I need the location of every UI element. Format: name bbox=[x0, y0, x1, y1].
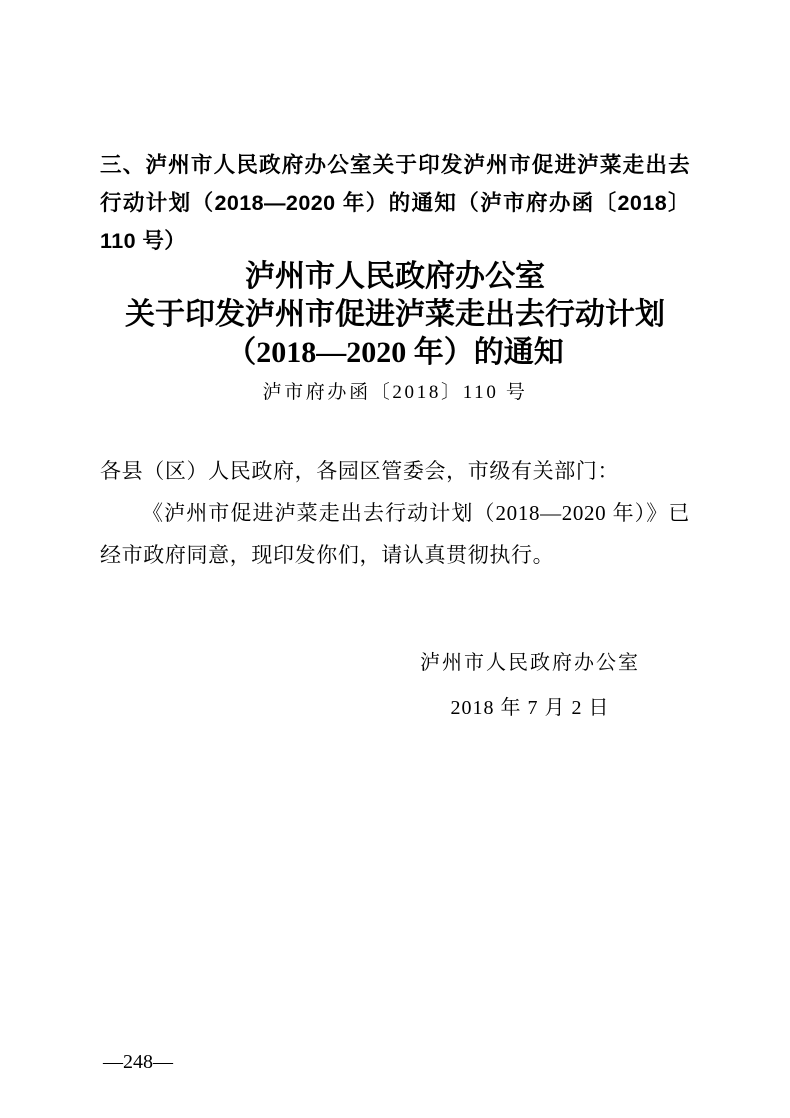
page-number: —248— bbox=[103, 1050, 173, 1074]
salutation-line: 各县（区）人民政府，各园区管委会，市级有关部门： bbox=[100, 450, 690, 492]
signature-date: 2018 年 7 月 2 日 bbox=[370, 686, 690, 731]
signer-name: 泸州市人民政府办公室 bbox=[370, 641, 690, 686]
document-title-line-3: （2018—2020 年）的通知 bbox=[100, 334, 690, 372]
document-title: 泸州市人民政府办公室 关于印发泸州市促进泸菜走出去行动计划 （2018—2020… bbox=[100, 258, 690, 372]
document-title-line-1: 泸州市人民政府办公室 bbox=[100, 258, 690, 296]
signature-block: 泸州市人民政府办公室 2018 年 7 月 2 日 bbox=[370, 641, 690, 731]
document-title-line-2: 关于印发泸州市促进泸菜走出去行动计划 bbox=[100, 296, 690, 334]
section-heading: 三、泸州市人民政府办公室关于印发泸州市促进泸菜走出去行动计划（2018—2020… bbox=[100, 146, 690, 260]
body-paragraph: 《泸州市促进泸菜走出去行动计划（2018—2020 年）》已经市政府同意，现印发… bbox=[100, 492, 690, 576]
document-body: 各县（区）人民政府，各园区管委会，市级有关部门： 《泸州市促进泸菜走出去行动计划… bbox=[100, 450, 690, 576]
document-number: 泸市府办函〔2018〕110 号 bbox=[100, 380, 690, 406]
document-page: 三、泸州市人民政府办公室关于印发泸州市促进泸菜走出去行动计划（2018—2020… bbox=[0, 0, 790, 1118]
